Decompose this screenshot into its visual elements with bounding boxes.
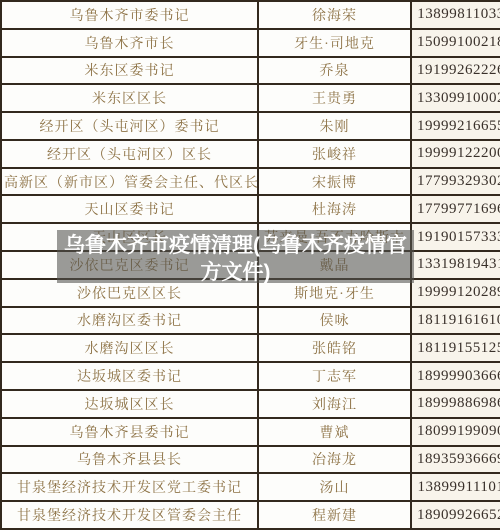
table-row: 达坂城区区长刘海江18999886986 (1, 390, 500, 418)
table-row: 乌鲁木齐县县长冶海龙18935936669 (1, 446, 500, 474)
phone-cell: 17799329302 (411, 168, 500, 196)
name-cell: 冶海龙 (258, 446, 411, 474)
phone-cell: 15099100218 (411, 29, 500, 57)
name-cell: 牙生·司地克 (258, 29, 411, 57)
title-cell: 水磨沟区区长 (1, 334, 258, 362)
title-cell: 米东区委书记 (1, 57, 258, 85)
phone-cell: 13319819431 (411, 251, 500, 279)
name-cell: 汤山 (258, 473, 411, 501)
name-cell: 王贵勇 (258, 84, 411, 112)
name-cell: 刘海江 (258, 390, 411, 418)
phone-cell: 19190157333 (411, 223, 500, 251)
phone-cell: 17799771696 (411, 195, 500, 223)
watermark-line2: 方文件) (57, 259, 414, 286)
title-cell: 乌鲁木齐市长 (1, 29, 258, 57)
phone-cell: 13899911101 (411, 473, 500, 501)
title-cell: 甘泉堡经济技术开发区管委会主任 (1, 501, 258, 529)
name-cell: 张峻祥 (258, 140, 411, 168)
phone-cell: 18909926652 (411, 501, 500, 529)
table-row: 天山区委书记杜海涛17799771696 (1, 195, 500, 223)
phone-cell: 19999122200 (411, 140, 500, 168)
name-cell: 张皓铭 (258, 334, 411, 362)
title-cell: 乌鲁木齐县委书记 (1, 418, 258, 446)
table-row: 甘泉堡经济技术开发区党工委书记汤山13899911101 (1, 473, 500, 501)
table-row: 乌鲁木齐县委书记曹斌18099199090 (1, 418, 500, 446)
phone-cell: 19999216655 (411, 112, 500, 140)
title-cell: 经开区（头屯河区）委书记 (1, 112, 258, 140)
title-cell: 米东区区长 (1, 84, 258, 112)
name-cell: 乔泉 (258, 57, 411, 85)
name-cell: 宋振博 (258, 168, 411, 196)
title-cell: 达坂城区委书记 (1, 362, 258, 390)
title-cell: 乌鲁木齐县县长 (1, 446, 258, 474)
phone-cell: 18935936669 (411, 446, 500, 474)
title-cell: 高新区（新市区）管委会主任、代区长 (1, 168, 258, 196)
table-row: 甘泉堡经济技术开发区管委会主任程新建18909926652 (1, 501, 500, 529)
phone-cell: 19199262226 (411, 57, 500, 85)
page: 乌鲁木齐市委书记徐海荣13899811033乌鲁木齐市长牙生·司地克150991… (0, 0, 500, 530)
name-cell: 朱刚 (258, 112, 411, 140)
table-row: 经开区（头屯河区）区长张峻祥19999122200 (1, 140, 500, 168)
title-cell: 乌鲁木齐市委书记 (1, 1, 258, 29)
phone-cell: 18099199090 (411, 418, 500, 446)
phone-cell: 13899811033 (411, 1, 500, 29)
table-row: 经开区（头屯河区）委书记朱刚19999216655 (1, 112, 500, 140)
title-cell: 水磨沟区委书记 (1, 307, 258, 335)
phone-cell: 18999903666 (411, 362, 500, 390)
watermark-line1: 乌鲁木齐市疫情清理(乌鲁木齐疫情官 (57, 232, 414, 259)
table-row: 米东区区长王贵勇13309910002 (1, 84, 500, 112)
name-cell: 程新建 (258, 501, 411, 529)
title-cell: 达坂城区区长 (1, 390, 258, 418)
name-cell: 侯咏 (258, 307, 411, 335)
table-row: 乌鲁木齐市委书记徐海荣13899811033 (1, 1, 500, 29)
phone-cell: 18119161610 (411, 307, 500, 335)
name-cell: 丁志军 (258, 362, 411, 390)
table-row: 达坂城区委书记丁志军18999903666 (1, 362, 500, 390)
title-cell: 经开区（头屯河区）区长 (1, 140, 258, 168)
table-row: 高新区（新市区）管委会主任、代区长宋振博17799329302 (1, 168, 500, 196)
phone-cell: 19999120289 (411, 279, 500, 307)
table-row: 水磨沟区委书记侯咏18119161610 (1, 307, 500, 335)
title-cell: 甘泉堡经济技术开发区党工委书记 (1, 473, 258, 501)
name-cell: 曹斌 (258, 418, 411, 446)
phone-cell: 18999886986 (411, 390, 500, 418)
watermark-overlay: 乌鲁木齐市疫情清理(乌鲁木齐疫情官 方文件) (57, 230, 414, 283)
table-row: 水磨沟区区长张皓铭18119155125 (1, 334, 500, 362)
name-cell: 杜海涛 (258, 195, 411, 223)
phone-cell: 18119155125 (411, 334, 500, 362)
phone-cell: 13309910002 (411, 84, 500, 112)
title-cell: 天山区委书记 (1, 195, 258, 223)
name-cell: 徐海荣 (258, 1, 411, 29)
table-row: 米东区委书记乔泉19199262226 (1, 57, 500, 85)
table-row: 乌鲁木齐市长牙生·司地克15099100218 (1, 29, 500, 57)
